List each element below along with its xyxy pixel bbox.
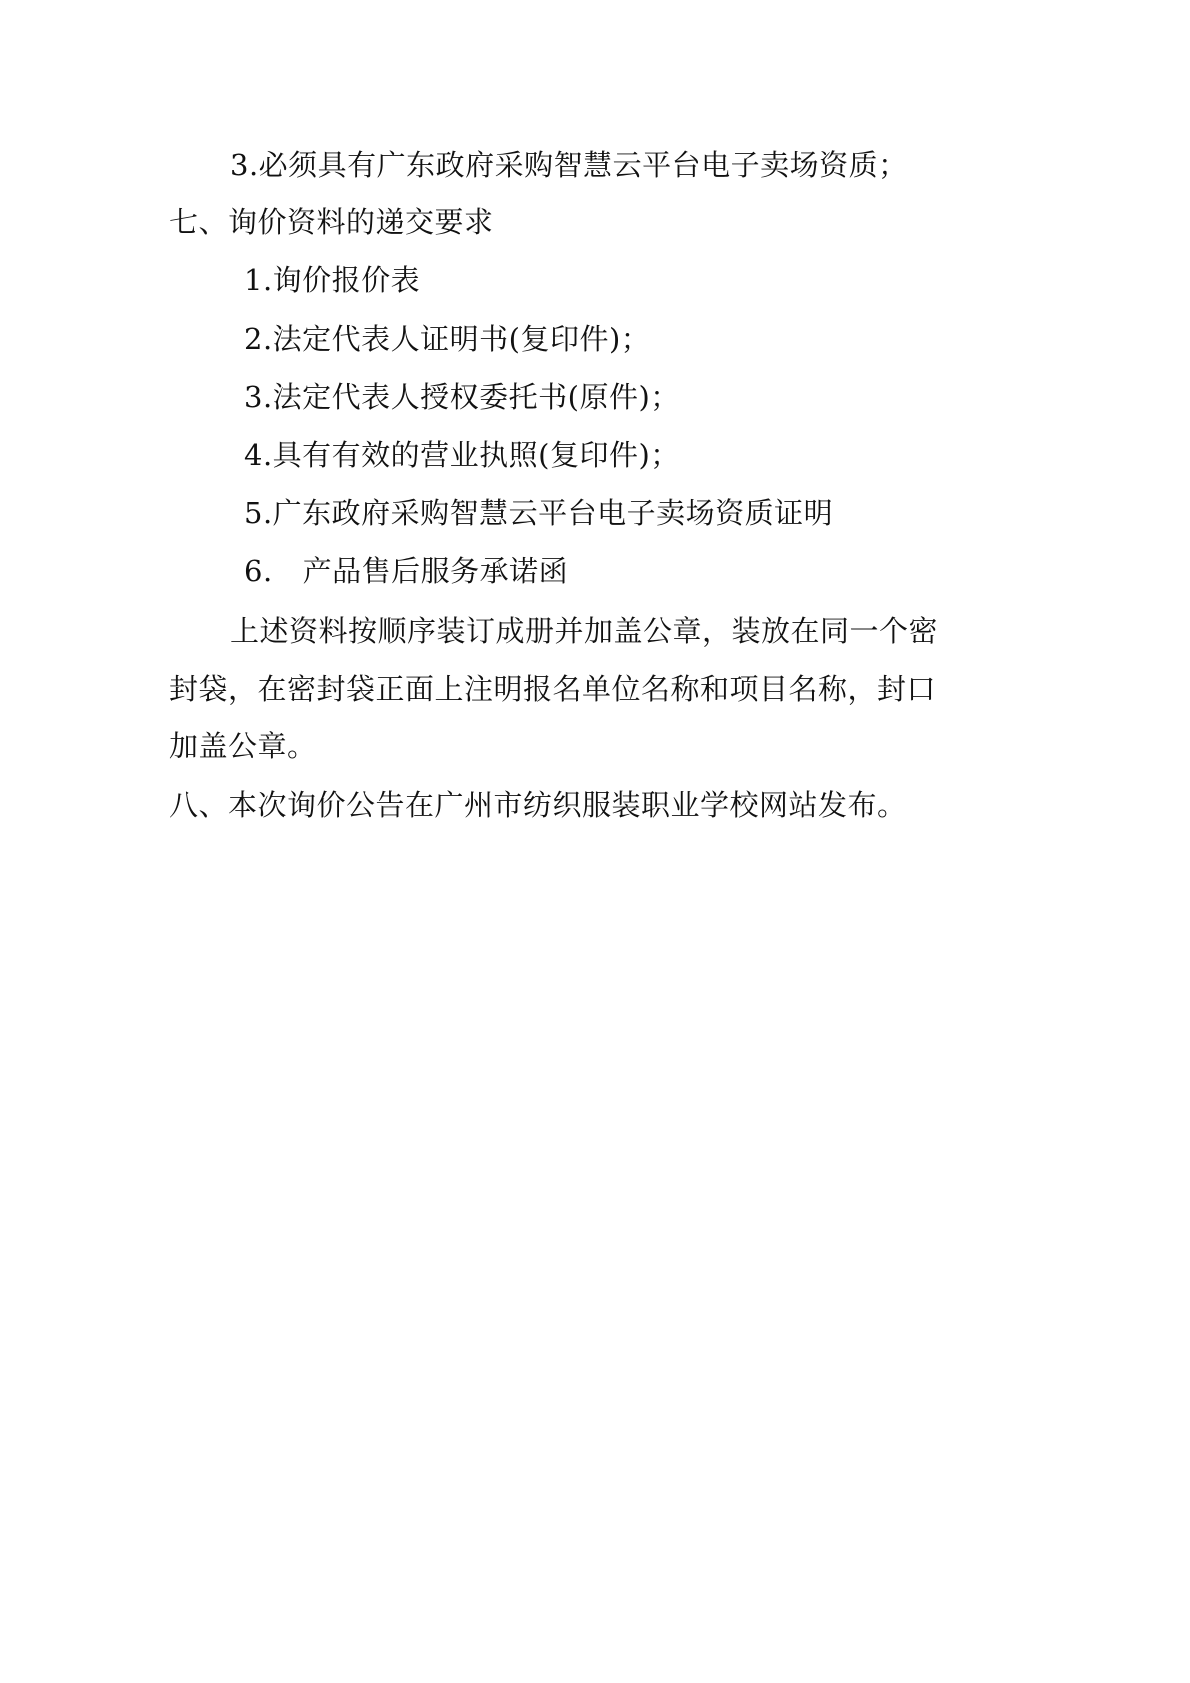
binding-instructions-line-1: 上述资料按顺序装订成册并加盖公章，装放在同一个密	[230, 613, 938, 649]
item-text: 产品售后服务承诺函	[303, 554, 569, 588]
section-eight-heading: 八、本次询价公告在广州市纺织服装职业学校网站发布。	[169, 787, 907, 823]
item-text: 法定代表人授权委托书(原件)；	[273, 380, 680, 414]
item-number: 1.	[244, 262, 273, 298]
item-number: 4.	[244, 437, 273, 473]
item-text: 具有有效的营业执照(复印件)；	[273, 438, 680, 472]
submission-item-3: 3.法定代表人授权委托书(原件)；	[244, 379, 680, 415]
item-number: 5.	[244, 495, 273, 531]
item-number: 2.	[244, 321, 273, 357]
submission-item-6: 6.产品售后服务承诺函	[244, 553, 568, 589]
item-text: 法定代表人证明书(复印件)；	[273, 322, 651, 356]
binding-instructions-line-2: 封袋，在密封袋正面上注明报名单位名称和项目名称，封口	[169, 671, 936, 707]
section-seven-heading: 七、询价资料的递交要求	[169, 204, 494, 240]
document-page: 3.必须具有广东政府采购智慧云平台电子卖场资质； 七、询价资料的递交要求 1.询…	[0, 0, 1190, 1683]
submission-item-4: 4.具有有效的营业执照(复印件)；	[244, 437, 680, 473]
submission-item-5: 5.广东政府采购智慧云平台电子卖场资质证明	[244, 495, 833, 531]
item-number: 6.	[244, 553, 273, 589]
submission-item-1: 1.询价报价表	[244, 262, 420, 298]
item-text: 广东政府采购智慧云平台电子卖场资质证明	[273, 496, 834, 530]
item-text: 询价报价表	[273, 263, 421, 297]
item-number: 3.	[244, 379, 273, 415]
binding-instructions-line-3: 加盖公章。	[169, 728, 317, 764]
submission-item-2: 2.法定代表人证明书(复印件)；	[244, 321, 650, 357]
qualification-requirement-item-3: 3.必须具有广东政府采购智慧云平台电子卖场资质；	[230, 147, 908, 183]
